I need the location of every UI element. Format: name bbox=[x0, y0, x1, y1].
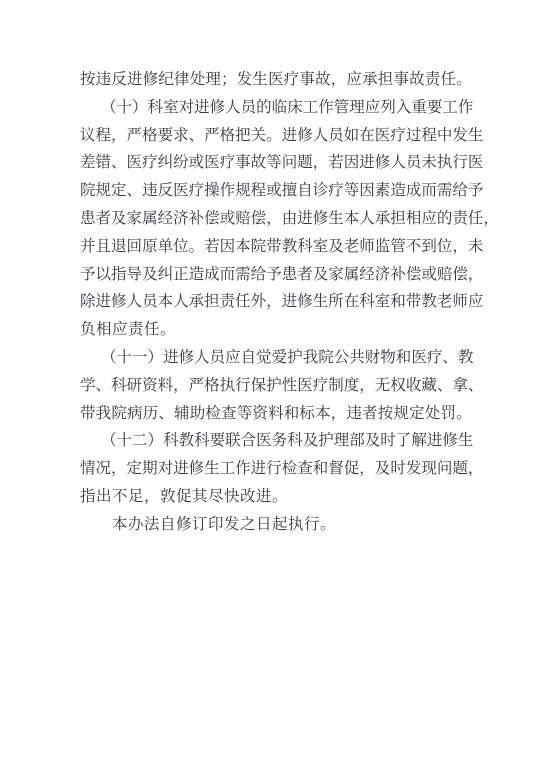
text-line: 院规定、违反医疗操作规程或擅自诊疗等因素造成而需给予 bbox=[80, 177, 472, 205]
text-line: 除进修人员本人承担责任外，进修生所在科室和带教老师应 bbox=[80, 288, 472, 316]
document-page: 按违反进修纪律处理；发生医疗事故，应承担事故责任。（十）科室对进修人员的临床工作… bbox=[0, 0, 550, 777]
text-line: 带我院病历、辅助检查等资料和标本，违者按规定处罚。 bbox=[80, 400, 472, 428]
text-line: 患者及家属经济补偿或赔偿，由进修生本人承担相应的责任， bbox=[80, 205, 472, 233]
text-line: 予以指导及纠正造成而需给予患者及家属经济补偿或赔偿， bbox=[80, 261, 472, 289]
text-line: （十）科室对进修人员的临床工作管理应列入重要工作 bbox=[80, 94, 472, 122]
text-line: 负相应责任。 bbox=[80, 316, 472, 344]
text-line: 并且退回原单位。若因本院带教科室及老师监管不到位，未 bbox=[80, 233, 472, 261]
text-line: （十二）科教科要联合医务科及护理部及时了解进修生 bbox=[80, 427, 472, 455]
text-block: 按违反进修纪律处理；发生医疗事故，应承担事故责任。（十）科室对进修人员的临床工作… bbox=[80, 66, 472, 539]
text-line: 本办法自修订印发之日起执行。 bbox=[80, 511, 472, 539]
text-line: 学、科研资料，严格执行保护性医疗制度，无权收藏、拿、 bbox=[80, 372, 472, 400]
text-line: （十一）进修人员应自觉爱护我院公共财物和医疗、教 bbox=[80, 344, 472, 372]
text-line: 差错、医疗纠纷或医疗事故等问题，若因进修人员未执行医 bbox=[80, 149, 472, 177]
text-line: 情况，定期对进修生工作进行检查和督促，及时发现问题， bbox=[80, 455, 472, 483]
text-line: 指出不足，敦促其尽快改进。 bbox=[80, 483, 472, 511]
text-line: 议程，严格要求、严格把关。进修人员如在医疗过程中发生 bbox=[80, 122, 472, 150]
text-line: 按违反进修纪律处理；发生医疗事故，应承担事故责任。 bbox=[80, 66, 472, 94]
